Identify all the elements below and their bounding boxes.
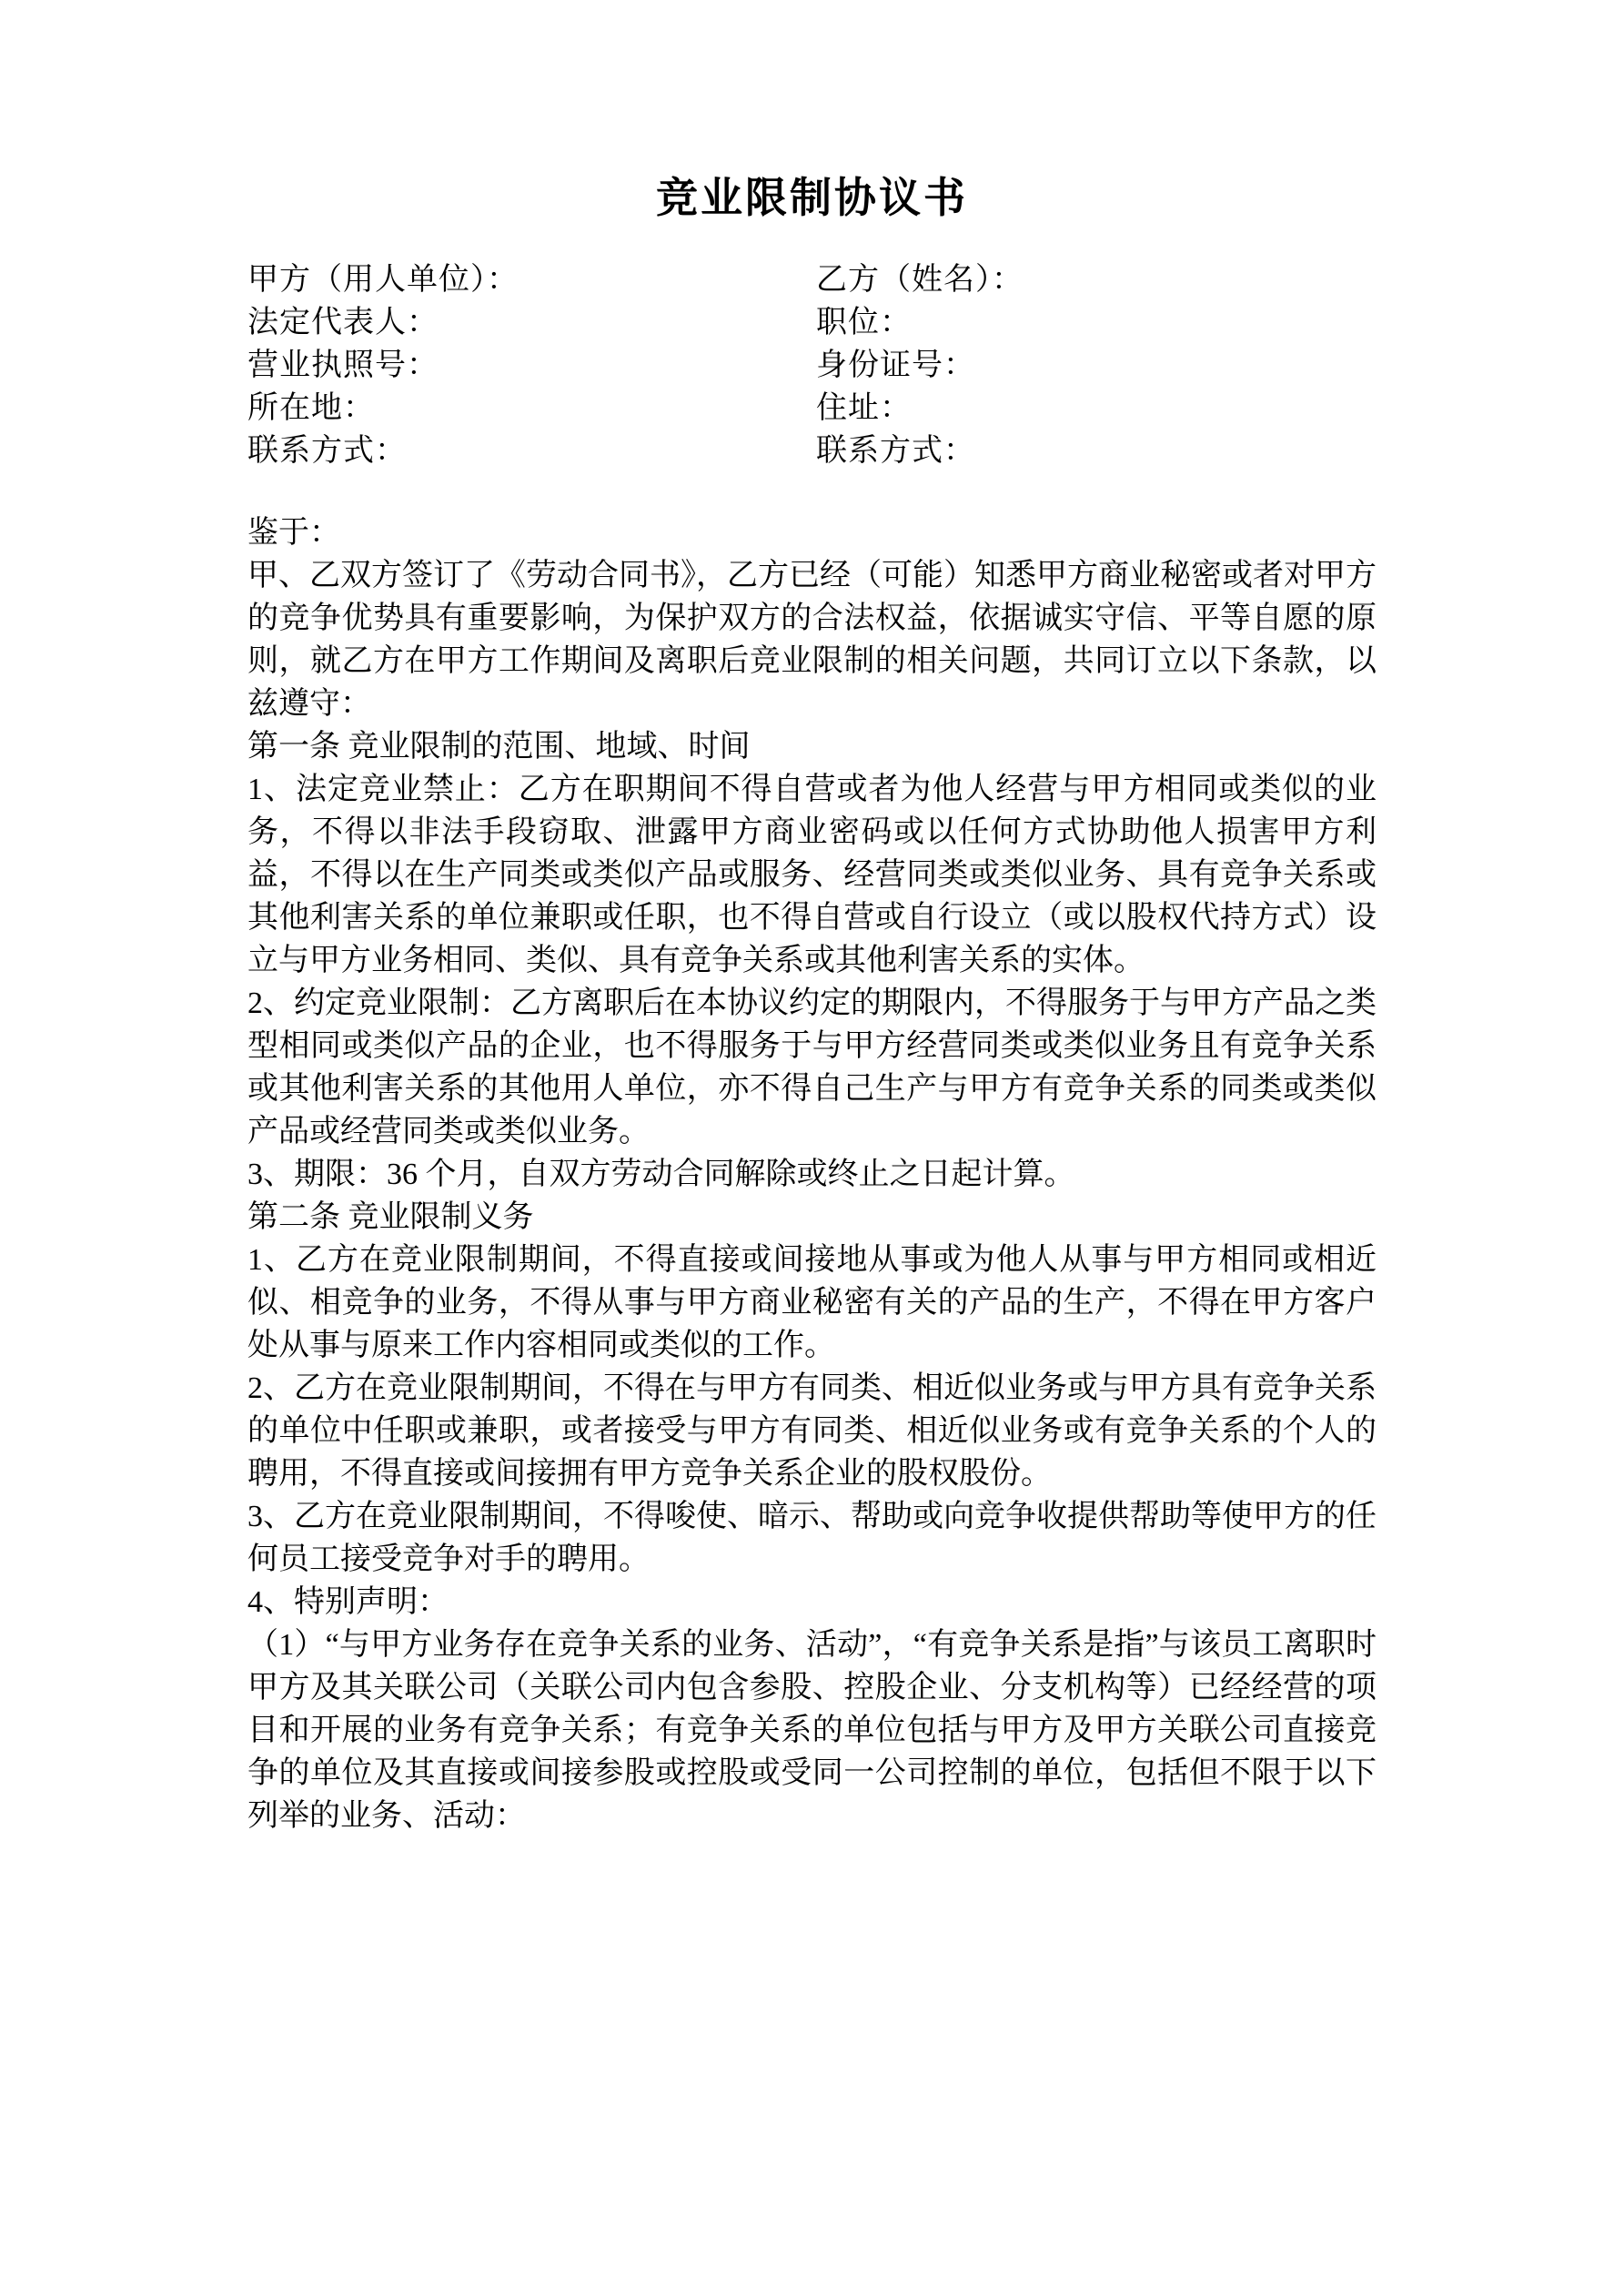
article-1-item-3: 3、期限：36 个月，自双方劳动合同解除或终止之日起计算。: [247, 1153, 1377, 1196]
article-2-item-4: 4、特别声明：: [247, 1581, 1377, 1623]
page-content: 竞业限制协议书 甲方（用人单位）： 法定代表人： 营业执照号： 所在地： 联系方…: [0, 0, 1624, 1837]
article-2-item-1: 1、乙方在竞业限制期间，不得直接或间接地从事或为他人从事与甲方相同或相近似、相竞…: [247, 1239, 1377, 1367]
recital-paragraph: 甲、乙双方签订了《劳动合同书》，乙方已经（可能）知悉甲方商业秘密或者对甲方的竞争…: [247, 554, 1377, 725]
article-2-heading: 第二条 竞业限制义务: [247, 1196, 1377, 1239]
party-a-fields: 甲方（用人单位）： 法定代表人： 营业执照号： 所在地： 联系方式：: [247, 258, 816, 472]
article-2-item-3: 3、乙方在竞业限制期间，不得唆使、暗示、帮助或向竞争收提供帮助等使甲方的任何员工…: [247, 1495, 1377, 1581]
field-party-b-contact: 联系方式：: [816, 430, 1377, 472]
parties-block: 甲方（用人单位）： 法定代表人： 营业执照号： 所在地： 联系方式： 乙方（姓名…: [247, 258, 1377, 472]
article-1-item-2: 2、约定竞业限制：乙方离职后在本协议约定的期限内，不得服务于与甲方产品之类型相同…: [247, 982, 1377, 1153]
article-1-heading: 第一条 竞业限制的范围、地域、时间: [247, 725, 1377, 768]
party-b-fields: 乙方（姓名）： 职位： 身份证号： 住址： 联系方式：: [816, 258, 1377, 472]
field-business-license-no: 营业执照号：: [247, 344, 816, 387]
document-body: 鉴于： 甲、乙双方签订了《劳动合同书》，乙方已经（可能）知悉甲方商业秘密或者对甲…: [247, 511, 1377, 1837]
field-address: 住址：: [816, 387, 1377, 430]
field-position: 职位：: [816, 301, 1377, 344]
article-2-item-4-sub-1: （1）“与甲方业务存在竞争关系的业务、活动”，“有竞争关系是指”与该员工离职时甲…: [247, 1623, 1377, 1837]
field-party-a-contact: 联系方式：: [247, 430, 816, 472]
document-title: 竞业限制协议书: [247, 171, 1377, 226]
field-location: 所在地：: [247, 387, 816, 430]
field-party-a-name: 甲方（用人单位）：: [247, 258, 816, 301]
article-1-item-1: 1、法定竞业禁止：乙方在职期间不得自营或者为他人经营与甲方相同或类似的业务，不得…: [247, 768, 1377, 982]
document-page: 竞业限制协议书 甲方（用人单位）： 法定代表人： 营业执照号： 所在地： 联系方…: [0, 0, 1624, 2296]
field-party-b-name: 乙方（姓名）：: [816, 258, 1377, 301]
field-id-number: 身份证号：: [816, 344, 1377, 387]
field-legal-representative: 法定代表人：: [247, 301, 816, 344]
article-2-item-2: 2、乙方在竞业限制期间，不得在与甲方有同类、相近似业务或与甲方具有竞争关系的单位…: [247, 1367, 1377, 1495]
recital-label: 鉴于：: [247, 511, 1377, 554]
